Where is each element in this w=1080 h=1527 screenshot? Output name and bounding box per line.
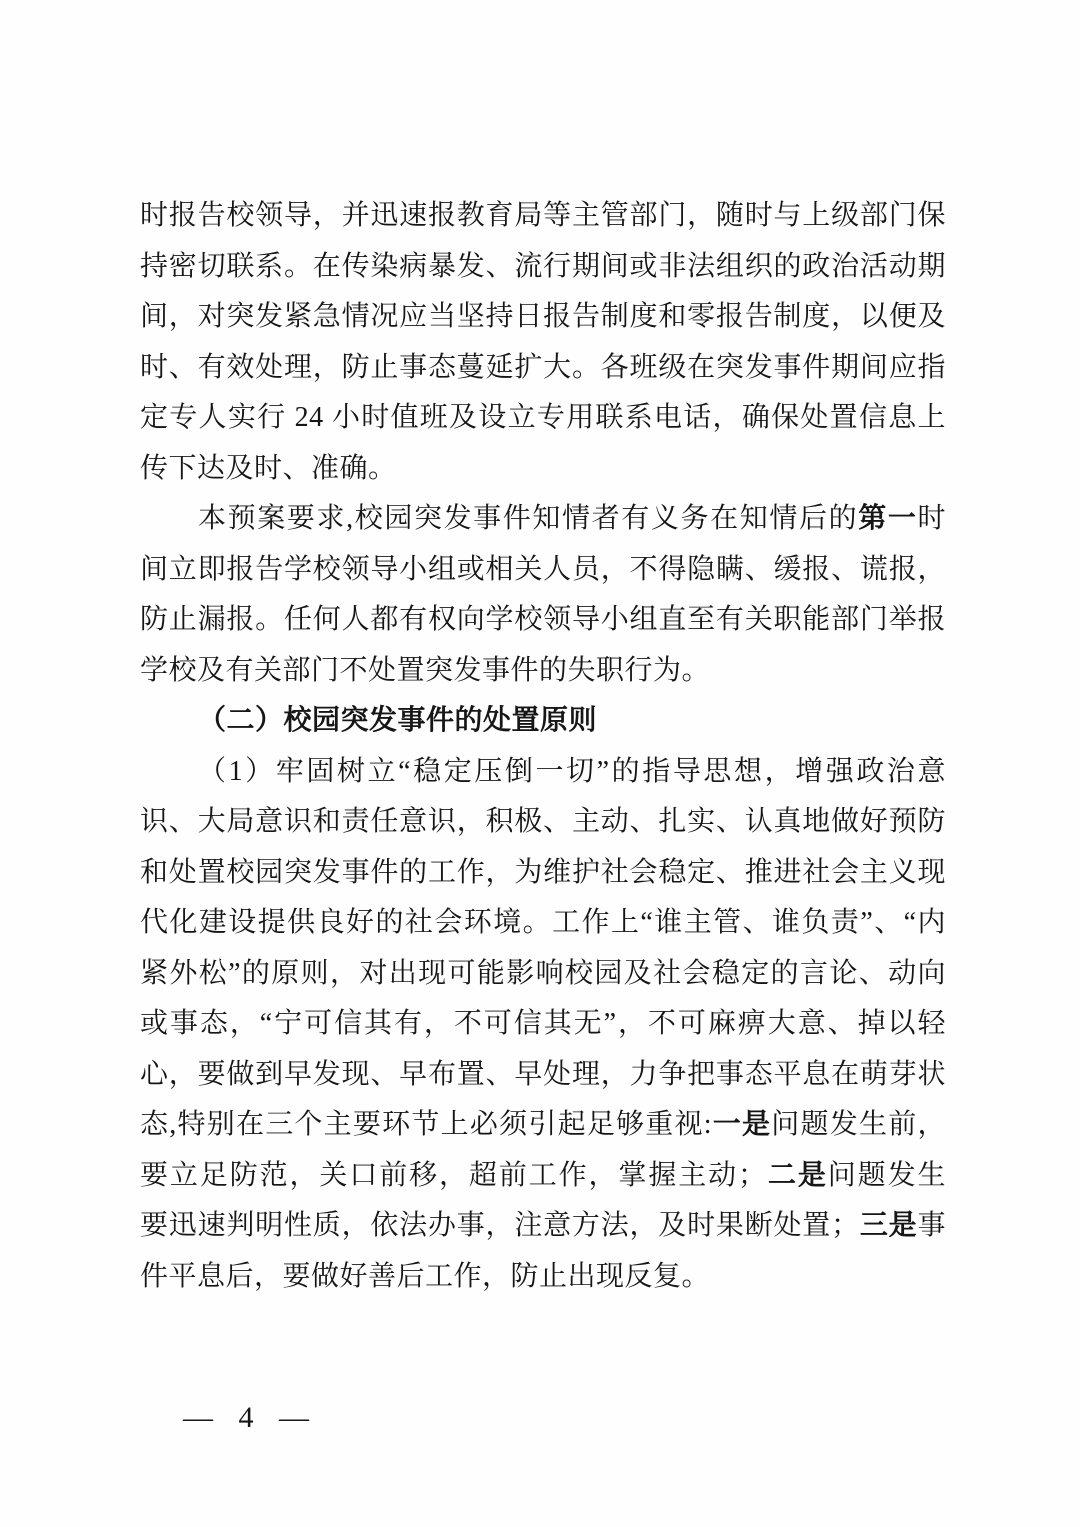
text-run: 时报告校领导，并迅速报教育局等主管部门，随时与上级部门保 bbox=[140, 200, 946, 231]
text-line: 学校及有关部门不处置突发事件的失职行为。 bbox=[140, 646, 946, 697]
text-run: 本预案要求,校园突发事件知情者有义务在知情后的 bbox=[198, 503, 858, 534]
text-line: （1）牢固树立“稳定压倒一切”的指导思想，增强政治意 bbox=[140, 747, 946, 798]
text-run: 识、大局意识和责任意识，积极、主动、扎实、认真地做好预防 bbox=[140, 806, 946, 837]
text-run: 和处置校园突发事件的工作，为维护社会稳定、推进社会主义现 bbox=[140, 857, 946, 888]
text-line: 持密切联系。在传染病暴发、流行期间或非法组织的政治活动期 bbox=[140, 242, 946, 293]
text-line: 识、大局意识和责任意识，积极、主动、扎实、认真地做好预防 bbox=[140, 797, 946, 848]
text-line: 定专人实行 24 小时值班及设立专用联系电话，确保处置信息上 bbox=[140, 393, 946, 444]
text-run: 或事态，“宁可信其有，不可信其无”，不可麻痹大意、掉以轻 bbox=[140, 1008, 946, 1039]
text-line: 态,特别在三个主要环节上必须引起足够重视:一是问题发生前， bbox=[140, 1100, 946, 1151]
bold-text-run: 二是 bbox=[767, 1160, 828, 1191]
text-run: （1）牢固树立“稳定压倒一切”的指导思想，增强政治意 bbox=[198, 756, 946, 787]
text-run: 代化建设提供良好的社会环境。工作上“谁主管、谁负责”、“内 bbox=[140, 907, 946, 938]
text-run: 心，要做到早发现、早布置、早处理，力争把事态平息在萌芽状 bbox=[140, 1059, 946, 1090]
text-run: 事 bbox=[917, 1210, 946, 1241]
text-line: （二）校园突发事件的处置原则 bbox=[140, 696, 946, 747]
text-line: 时报告校领导，并迅速报教育局等主管部门，随时与上级部门保 bbox=[140, 191, 946, 242]
bold-text-run: 一是 bbox=[712, 1109, 771, 1140]
bold-text-run: 第一 bbox=[858, 503, 917, 534]
document-page: 时报告校领导，并迅速报教育局等主管部门，随时与上级部门保持密切联系。在传染病暴发… bbox=[0, 0, 1080, 1527]
page-footer: — 4 — bbox=[183, 1398, 312, 1438]
text-line: 要迅速判明性质，依法办事，注意方法，及时果断处置；三是事 bbox=[140, 1201, 946, 1252]
text-line: 防止漏报。任何人都有权向学校领导小组直至有关职能部门举报 bbox=[140, 595, 946, 646]
text-run: 要迅速判明性质，依法办事，注意方法，及时果断处置； bbox=[140, 1210, 860, 1241]
text-run: 间，对突发紧急情况应当坚持日报告制度和零报告制度，以便及 bbox=[140, 301, 946, 332]
text-line: 间，对突发紧急情况应当坚持日报告制度和零报告制度，以便及 bbox=[140, 292, 946, 343]
text-run: 定专人实行 24 小时值班及设立专用联系电话，确保处置信息上 bbox=[140, 402, 946, 433]
text-run: 态,特别在三个主要环节上必须引起足够重视: bbox=[140, 1109, 712, 1140]
text-line: 传下达及时、准确。 bbox=[140, 444, 946, 495]
text-line: 心，要做到早发现、早布置、早处理，力争把事态平息在萌芽状 bbox=[140, 1050, 946, 1101]
text-run: 学校及有关部门不处置突发事件的失职行为。 bbox=[140, 655, 710, 686]
text-run: 件平息后，要做好善后工作，防止出现反复。 bbox=[140, 1261, 710, 1292]
text-line: 紧外松”的原则，对出现可能影响校园及社会稳定的言论、动向 bbox=[140, 949, 946, 1000]
text-line: 要立足防范，关口前移，超前工作，掌握主动；二是问题发生后， bbox=[140, 1151, 946, 1202]
text-line: 和处置校园突发事件的工作，为维护社会稳定、推进社会主义现 bbox=[140, 848, 946, 899]
text-run: 要立足防范，关口前移，超前工作，掌握主动； bbox=[140, 1160, 767, 1191]
text-run: 紧外松”的原则，对出现可能影响校园及社会稳定的言论、动向 bbox=[140, 958, 946, 989]
bold-text-run: （二）校园突发事件的处置原则 bbox=[198, 705, 597, 736]
document-body: 时报告校领导，并迅速报教育局等主管部门，随时与上级部门保持密切联系。在传染病暴发… bbox=[140, 191, 946, 1302]
text-line: 件平息后，要做好善后工作，防止出现反复。 bbox=[140, 1252, 946, 1303]
text-run: 问题发生前， bbox=[771, 1109, 946, 1140]
bold-text-run: 三是 bbox=[860, 1210, 918, 1241]
text-line: 本预案要求,校园突发事件知情者有义务在知情后的第一时 bbox=[140, 494, 946, 545]
text-run: 防止漏报。任何人都有权向学校领导小组直至有关职能部门举报 bbox=[140, 604, 946, 635]
text-line: 时、有效处理，防止事态蔓延扩大。各班级在突发事件期间应指 bbox=[140, 343, 946, 394]
text-run: 时 bbox=[917, 503, 946, 534]
text-run: 传下达及时、准确。 bbox=[140, 453, 397, 484]
text-run: 持密切联系。在传染病暴发、流行期间或非法组织的政治活动期 bbox=[140, 251, 946, 282]
text-run: 时、有效处理，防止事态蔓延扩大。各班级在突发事件期间应指 bbox=[140, 352, 946, 383]
text-line: 或事态，“宁可信其有，不可信其无”，不可麻痹大意、掉以轻 bbox=[140, 999, 946, 1050]
text-line: 间立即报告学校领导小组或相关人员，不得隐瞒、缓报、谎报， bbox=[140, 545, 946, 596]
page-number: — 4 — bbox=[183, 1401, 312, 1434]
text-line: 代化建设提供良好的社会环境。工作上“谁主管、谁负责”、“内 bbox=[140, 898, 946, 949]
text-run: 间立即报告学校领导小组或相关人员，不得隐瞒、缓报、谎报， bbox=[140, 554, 946, 585]
